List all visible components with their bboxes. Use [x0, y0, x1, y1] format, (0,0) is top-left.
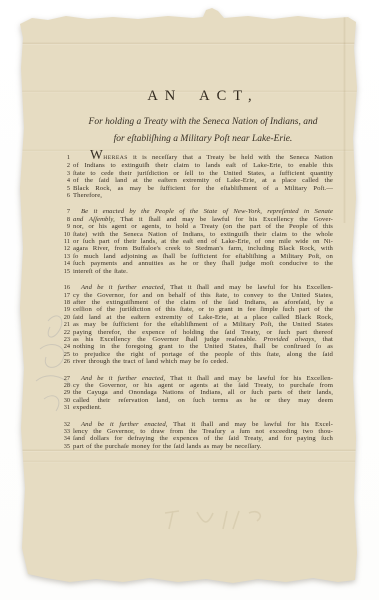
text-line: 27And be it further enacted, That it ſha… — [73, 375, 333, 382]
text-line: 30called their reſervation land, on ſuch… — [73, 397, 333, 404]
line-number: 33 — [58, 428, 70, 435]
ink-show-through — [153, 503, 283, 537]
line-text: paying therefor, the expence of holding … — [73, 329, 333, 336]
text-line: 25to prejudice the right of portage of t… — [73, 351, 333, 358]
line-number: 31 — [58, 404, 70, 411]
text-line: 14ſuch payments and annuities as he or t… — [73, 260, 333, 267]
paper-surface: AN ACT, For holding a Treaty with the Se… — [18, 8, 358, 586]
line-number: 35 — [58, 443, 70, 450]
line-text: after the extinguiſhment of the claim of… — [73, 299, 333, 306]
line-text: lency the Governor, to draw from the Tre… — [73, 428, 333, 435]
text-line: 24nothing in the foregoing grant to the … — [73, 343, 333, 350]
document-sheet: AN ACT, For holding a Treaty with the Se… — [18, 8, 358, 586]
text-line: 23as his Excellency the Governor ſhall j… — [73, 336, 333, 343]
document-body: 1WHEREAS it is neceſſary that a Treaty b… — [73, 154, 333, 450]
paragraph: 27And be it further enacted, That it ſha… — [73, 375, 333, 412]
text-line: 8and Aſſembly, That it ſhall and may be … — [73, 216, 333, 223]
line-text: WHEREAS it is neceſſary that a Treaty be… — [73, 154, 333, 162]
line-number: 4 — [58, 177, 70, 184]
subtitle-line: for eſtabliſhing a Military Poſt near La… — [73, 131, 333, 148]
fold-crease-vertical — [343, 8, 346, 223]
line-number: 7 — [58, 208, 70, 215]
line-number: 23 — [58, 336, 70, 343]
line-text: and Aſſembly, That it ſhall and may be l… — [73, 216, 333, 223]
line-number: 13 — [58, 253, 70, 260]
paragraph: 16And be it further enacted, That it ſha… — [73, 284, 333, 365]
line-text: nor, or his agent or agents, to hold a T… — [73, 223, 333, 230]
line-number: 6 — [58, 192, 70, 199]
line-number: 22 — [58, 329, 70, 336]
fold-crease — [18, 460, 358, 463]
line-text: Therefore, — [73, 192, 333, 199]
text-line: 1WHEREAS it is neceſſary that a Treaty b… — [73, 154, 333, 162]
line-text: to prejudice the right of portage of the… — [73, 351, 333, 358]
text-line: 4of the ſaid land at the eaſtern extremi… — [73, 177, 333, 184]
line-text: part of the purchaſe money for the ſaid … — [73, 443, 333, 450]
text-line: 31expedient. — [73, 404, 333, 411]
line-number: 21 — [58, 321, 70, 328]
text-line: 32And be it further enacted, That it ſha… — [73, 421, 333, 428]
line-text: agara River, from Buffaloe's creek to St… — [73, 245, 333, 252]
line-text: as may be ſufficient for the eſtabliſhme… — [73, 321, 333, 328]
line-text: And be it further enacted, That it ſhall… — [73, 421, 333, 428]
document-subtitle: For holding a Treaty with the Seneca Nat… — [73, 114, 333, 147]
text-line: 9nor, or his agent or agents, to hold a … — [73, 223, 333, 230]
line-number: 15 — [58, 268, 70, 275]
line-number: 17 — [58, 292, 70, 299]
text-line: 33lency the Governor, to draw from the T… — [73, 428, 333, 435]
line-number: 24 — [58, 343, 70, 350]
text-line: 29the Cayuga and Onondaga Nations of Ind… — [73, 389, 333, 396]
text-line: 6Therefore, — [73, 192, 333, 199]
page-title: AN ACT, — [73, 88, 333, 105]
text-line: 35part of the purchaſe money for the ſai… — [73, 443, 333, 450]
line-text: Black Rock, as may be ſufficient for the… — [73, 185, 333, 192]
text-line: 5Black Rock, as may be ſufficient for th… — [73, 185, 333, 192]
line-number: 1 — [58, 154, 70, 161]
line-number: 27 — [58, 375, 70, 382]
line-text: ſo much land adjoining as ſhall be ſuffi… — [73, 253, 333, 260]
line-text: ſtate to cede their juriſdiction or ſell… — [73, 170, 333, 177]
paragraph: 7Be it enacted by the People of the Stat… — [73, 208, 333, 275]
text-line: 26river through the tract of land which … — [73, 358, 333, 365]
text-line: 21as may be ſufficient for the eſtabliſh… — [73, 321, 333, 328]
text-line: 17cy the Governor, for and on behalf of … — [73, 292, 333, 299]
line-text: or ſuch part of their lands, at the eaſt… — [73, 238, 333, 245]
line-text: as his Excellency the Governor ſhall jud… — [73, 336, 333, 343]
text-line: 7Be it enacted by the People of the Stat… — [73, 208, 333, 215]
line-text: nothing in the foregoing grant to the Un… — [73, 343, 333, 350]
text-line: 3ſtate to cede their juriſdiction or ſel… — [73, 170, 333, 177]
text-line: 16And be it further enacted, That it ſha… — [73, 284, 333, 291]
subtitle-line: For holding a Treaty with the Seneca Nat… — [73, 114, 333, 131]
line-text: ſand dollars for defraying the expences … — [73, 435, 333, 442]
line-number: 8 — [58, 216, 70, 223]
text-line: 15intereſt of the ſtate. — [73, 268, 333, 275]
line-number: 32 — [58, 421, 70, 428]
line-text: ceſſion of the juriſdiction of this ſtat… — [73, 306, 333, 313]
line-number: 28 — [58, 382, 70, 389]
line-number: 9 — [58, 223, 70, 230]
line-number: 14 — [58, 260, 70, 267]
line-number: 20 — [58, 314, 70, 321]
line-text: river through the tract of land which ma… — [73, 358, 333, 365]
paragraph: 32And be it further enacted, That it ſha… — [73, 421, 333, 451]
line-text: ſaid land at the eaſtern extremity of La… — [73, 314, 333, 321]
line-number: 29 — [58, 389, 70, 396]
line-text: expedient. — [73, 404, 333, 411]
line-text: intereſt of the ſtate. — [73, 268, 333, 275]
paragraph: 1WHEREAS it is neceſſary that a Treaty b… — [73, 154, 333, 199]
line-number: 30 — [58, 397, 70, 404]
line-number: 5 — [58, 185, 70, 192]
text-line: 19ceſſion of the juriſdiction of this ſt… — [73, 306, 333, 313]
line-number: 16 — [58, 284, 70, 291]
line-number: 12 — [58, 245, 70, 252]
text-line: 10ſtate) with the Seneca Nation of India… — [73, 231, 333, 238]
line-text: of the ſaid land at the eaſtern extremit… — [73, 177, 333, 184]
line-text: the Cayuga and Onondaga Nations of India… — [73, 389, 333, 396]
line-text: Be it enacted by the People of the State… — [73, 208, 333, 215]
line-number: 34 — [58, 435, 70, 442]
text-line: 22paying therefor, the expence of holdin… — [73, 329, 333, 336]
line-text: ſtate) with the Seneca Nation of Indians… — [73, 231, 333, 238]
text-line: 34ſand dollars for defraying the expence… — [73, 435, 333, 442]
line-number: 10 — [58, 231, 70, 238]
photo-background: AN ACT, For holding a Treaty with the Se… — [0, 0, 379, 600]
line-number: 25 — [58, 351, 70, 358]
line-text: And be it further enacted, That it ſhall… — [73, 284, 333, 291]
line-text: ſuch payments and annuities as he or the… — [73, 260, 333, 267]
text-line: 28cy the Governor, or his agent or agent… — [73, 382, 333, 389]
text-line: 11or ſuch part of their lands, at the ea… — [73, 238, 333, 245]
text-line: 18after the extinguiſhment of the claim … — [73, 299, 333, 306]
line-text: And be it further enacted, That it ſhall… — [73, 375, 333, 382]
document-content: AN ACT, For holding a Treaty with the Se… — [73, 8, 333, 450]
line-number: 3 — [58, 170, 70, 177]
line-number: 11 — [58, 238, 70, 245]
text-line: 13ſo much land adjoining as ſhall be ſuf… — [73, 253, 333, 260]
line-text: of Indians to extinguiſh their claim to … — [73, 162, 333, 169]
line-number: 26 — [58, 358, 70, 365]
line-number: 18 — [58, 299, 70, 306]
line-text: cy the Governor, for and on behalf of th… — [73, 292, 333, 299]
text-line: 2of Indians to extinguiſh their claim to… — [73, 162, 333, 169]
text-line: 20ſaid land at the eaſtern extremity of … — [73, 314, 333, 321]
line-text: called their reſervation land, on ſuch t… — [73, 397, 333, 404]
text-line: 12agara River, from Buffaloe's creek to … — [73, 245, 333, 252]
line-number: 19 — [58, 306, 70, 313]
line-text: cy the Governor, or his agent or agents … — [73, 382, 333, 389]
line-number: 2 — [58, 162, 70, 169]
